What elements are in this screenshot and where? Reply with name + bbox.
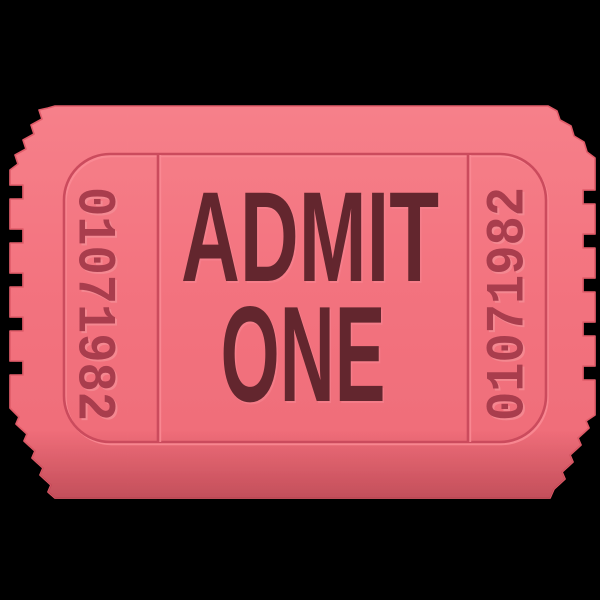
serial-number-left: 01071982 01071982 <box>63 187 126 423</box>
emoji-canvas: 01071982 01071982 01071982 01071982 ADMI… <box>0 0 600 600</box>
serial-left-text: 01071982 <box>63 187 124 421</box>
serial-right-text: 01071982 <box>479 187 540 421</box>
ticket-emoji-graphic: 01071982 01071982 01071982 01071982 ADMI… <box>0 0 600 600</box>
admit-line2-text: ONE <box>221 278 386 430</box>
serial-number-right: 01071982 01071982 <box>479 187 542 423</box>
ticket: 01071982 01071982 01071982 01071982 ADMI… <box>10 106 595 498</box>
